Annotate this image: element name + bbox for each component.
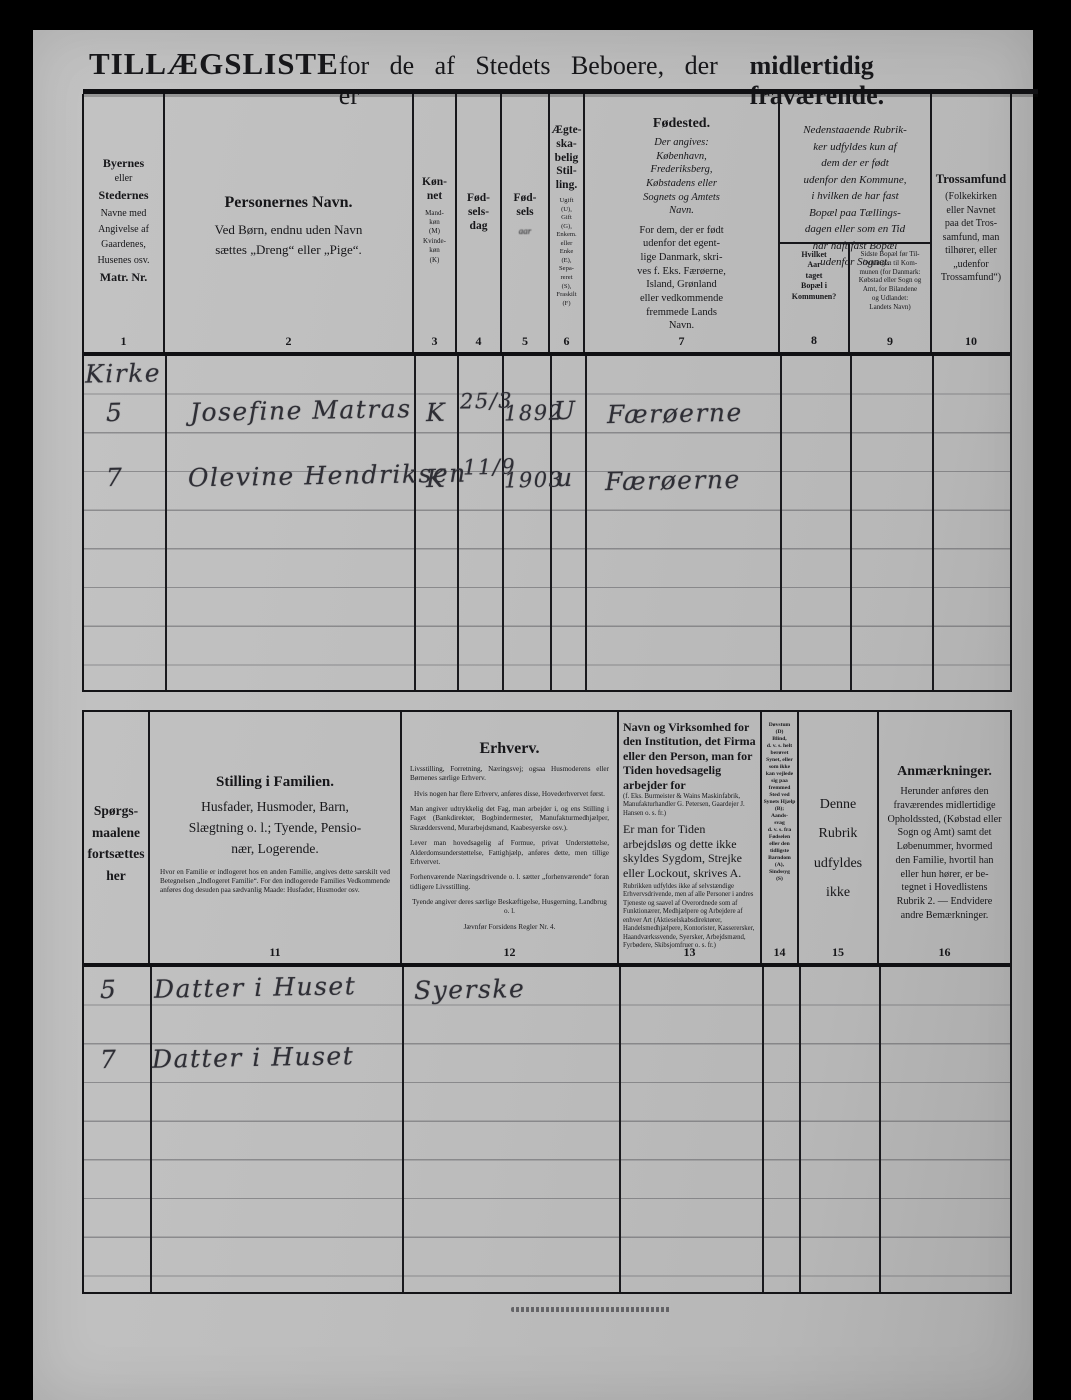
col8-header: Hvilket Aar taget Bopæl i Kommunen? 8	[780, 244, 850, 352]
table-lower-body: 5 Datter i Huset Syerske 7 Datter i Huse…	[84, 967, 1010, 1292]
col5-number: 5	[502, 334, 548, 349]
col3-title: Køn- net	[422, 176, 447, 204]
col16-number: 16	[879, 945, 1010, 960]
col13-number: 13	[619, 945, 760, 960]
col3-header: Køn- net Mand- køn (M) Kvinde- køn (K) 3	[414, 94, 457, 352]
handwritten-person-name: Josefine Matras	[190, 394, 412, 427]
title-lead: TILLÆGSLISTE	[89, 46, 339, 82]
col14-header: Døvstum (D) Blind, d. v. s. helt berøvet…	[762, 712, 799, 963]
table-upper-body: Kirke 5 Josefine Matras K 25/3 1892 U Fæ…	[84, 356, 1010, 690]
printer-imprint	[511, 1307, 671, 1312]
col7-number: 7	[585, 334, 778, 349]
col12-header: Erhverv. Livsstilling, Forretning, Nærin…	[402, 712, 619, 963]
grid-line	[619, 967, 621, 1292]
grid-line	[402, 967, 404, 1292]
handwritten-marital-status: U	[554, 396, 577, 425]
document-page: TILLÆGSLISTE for de af Stedets Beboere, …	[33, 30, 1033, 1400]
col16-header: Anmærkninger. Herunder anføres den fravæ…	[879, 712, 1010, 963]
grid-line	[150, 967, 152, 1292]
scanned-census-page: { "title": { "lead": "TILLÆGSLISTE", "mi…	[0, 0, 1071, 1400]
handwritten-matr-nr: 7	[106, 463, 124, 492]
table-upper: Byernes eller Stedernes Navne med Angive…	[82, 94, 1012, 692]
col4-header: Fød- sels- dag 4	[457, 94, 502, 352]
grid-line	[585, 356, 587, 690]
col15-number: 15	[799, 945, 877, 960]
col8-9-group-note: Nedenstaaende Rubrik- ker udfyldes kun a…	[797, 94, 913, 242]
grid-line	[414, 356, 416, 690]
col14-title: Døvstum (D) Blind, d. v. s. helt berøvet…	[764, 722, 796, 883]
col9-number: 9	[850, 334, 930, 349]
grid-line	[850, 356, 852, 690]
col3-number: 3	[414, 334, 455, 349]
col8-number: 8	[780, 333, 848, 349]
table-lower-header: Spørgs- maalene fortsættes her Stilling …	[84, 712, 1010, 967]
grid-line	[932, 356, 934, 690]
grid-line	[780, 356, 782, 690]
sidebar-continuation-header: Spørgs- maalene fortsættes her	[84, 712, 150, 963]
col13-header: Navn og Virksomhed for den Institution, …	[619, 712, 762, 963]
col15-note: Denne Rubrik udfyldes ikke	[814, 790, 862, 908]
col5-title: Fød- sels	[514, 192, 537, 220]
handwritten-family-position: Datter i Huset	[152, 1041, 355, 1074]
handwritten-birthplace: Færøerne	[607, 398, 743, 429]
col13-title: Navn og Virksomhed for den Institution, …	[623, 720, 756, 792]
col10-title: Trossamfund	[936, 172, 1006, 187]
col15-header: Denne Rubrik udfyldes ikke 15	[799, 712, 879, 963]
col2-title: Personernes Navn.	[225, 194, 353, 212]
handwritten-marital-status: u	[556, 463, 574, 492]
col8-9-subheaders: Hvilket Aar taget Bopæl i Kommunen? 8 Si…	[780, 242, 930, 352]
col16-title: Anmærkninger.	[897, 764, 992, 780]
col8-9-group-header: Nedenstaaende Rubrik- ker udfyldes kun a…	[780, 94, 932, 352]
col12-number: 12	[402, 945, 617, 960]
table-upper-header: Byernes eller Stedernes Navne med Angive…	[84, 94, 1010, 356]
col11-title: Stilling i Familien.	[216, 774, 334, 791]
grid-line	[165, 356, 167, 690]
col7-title: Fødested.	[653, 116, 710, 132]
col7-header: Fødested. Der angives: København, Freder…	[585, 94, 780, 352]
col4-number: 4	[457, 334, 500, 349]
handwritten-matr-nr: 7	[100, 1045, 118, 1074]
handwritten-birth-year: 1903	[504, 467, 564, 492]
handwritten-occupation: Syerske	[414, 974, 526, 1005]
handwritten-birthplace: Færøerne	[605, 465, 741, 496]
handwritten-matr-nr: 5	[100, 975, 118, 1004]
handwritten-sex: K	[426, 398, 447, 427]
handwritten-family-position: Datter i Huset	[154, 971, 357, 1004]
col6-title: Ægte- ska- belig Stil- ling.	[551, 124, 581, 193]
col1-header: Byernes eller Stedernes Navne med Angive…	[84, 94, 165, 352]
col6-number: 6	[550, 334, 583, 349]
col11-number: 11	[150, 945, 400, 960]
continuation-note: Spørgs- maalene fortsættes her	[88, 800, 145, 886]
col14-number: 14	[762, 945, 797, 960]
grid-line	[799, 967, 801, 1292]
table-lower: Spørgs- maalene fortsættes her Stilling …	[82, 710, 1012, 1294]
grid-line	[879, 967, 881, 1292]
handwritten-matr-nr: 5	[106, 398, 124, 427]
col1-number: 1	[84, 334, 163, 349]
grid-line	[457, 356, 459, 690]
col4-title: Fød- sels- dag	[467, 192, 490, 233]
col11-header: Stilling i Familien. Husfader, Husmoder,…	[150, 712, 402, 963]
col10-number: 10	[932, 334, 1010, 349]
col6-header: Ægte- ska- belig Stil- ling. Ugift (U), …	[550, 94, 585, 352]
handwritten-sex: K	[426, 464, 447, 493]
grid-line	[762, 967, 764, 1292]
col2-header: Personernes Navn. Ved Børn, endnu uden N…	[165, 94, 414, 352]
handwritten-place-name: Kirke	[85, 358, 162, 388]
col1-title: Byernes	[103, 154, 144, 172]
col2-number: 2	[165, 334, 412, 349]
col5-header: Fød- sels aar 5	[502, 94, 550, 352]
col12-title: Erhverv.	[480, 740, 540, 758]
col10-header: Trossamfund (Folkekirken eller Navnet pa…	[932, 94, 1010, 352]
col9-header: Sidste Bopæl før Til- flytningen til Kom…	[850, 244, 930, 352]
